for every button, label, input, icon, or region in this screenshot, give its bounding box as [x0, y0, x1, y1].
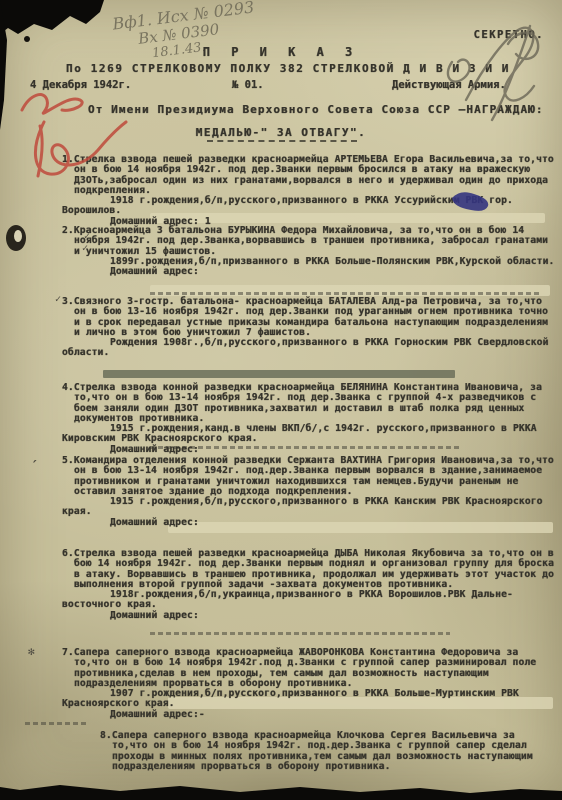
award-citation: 4.Стрелка взвода конной разведки красноа… [62, 383, 556, 424]
award-citation: 5.Командира отделения конной разведки Се… [62, 456, 556, 497]
award-bio: 1918 г.рождения,б/п,русского,призванного… [62, 196, 556, 217]
order-date: 4 Декабря 1942г. [30, 79, 131, 91]
margin-tick-mark: ´ [30, 460, 38, 475]
order-number: № 01. [232, 79, 264, 91]
award-item-5: 5.Командира отделения конной разведки Се… [62, 456, 556, 528]
address-label: Домашний адрес: [110, 445, 556, 455]
award-citation: 8.Сапера саперного взвода красноармейца … [100, 731, 552, 772]
margin-checkmark-icon: ✓ [82, 243, 88, 254]
order-title: П Р И К А З [0, 45, 562, 59]
address-dash-rule-6 [150, 632, 450, 635]
address-label: Домашний адрес:- [110, 710, 556, 720]
award-citation: 6.Стрелка взвода пешей разведки красноар… [62, 549, 556, 590]
separator-dash-rule [25, 722, 87, 725]
award-item-8: 8.Сапера саперного взвода красноармейца … [100, 731, 552, 772]
award-bio: 1907 г.рождения,б/п,русского,призванного… [62, 689, 556, 710]
address-label: Домашний адрес: [110, 267, 556, 277]
scanned-order-page: Вф1. Исх № 0293 Вх № 0390 18.1.43. СЕКРЕ… [0, 0, 562, 800]
award-citation: 7.Сапера саперного взвода красноармейца … [62, 648, 556, 689]
award-bio: 1915 г.рождения,б/п,русского,призванного… [62, 497, 556, 518]
margin-star-mark: ✻ [28, 645, 35, 658]
award-citation: 3.Связного 3-гостр. батальона- красноарм… [62, 297, 556, 338]
award-item-4: 4.Стрелка взвода конной разведки красноа… [62, 383, 556, 455]
award-bio: 1918г.рождения,б/п,украинца,призванного … [62, 590, 556, 611]
award-heading: МЕДАЛЬЮ-" ЗА ОТВАГУ". [0, 126, 562, 139]
award-item-6: 6.Стрелка взвода пешей разведки красноар… [62, 549, 556, 621]
award-heading-underline [207, 140, 357, 142]
award-item-1: 1.Стрелка взвода пешей разведки красноар… [62, 155, 556, 227]
classification-stamp: СЕКРЕТНО. [474, 29, 544, 41]
order-unit-line: По 1269 СТРЕЛКОВОМУ ПОЛКУ 382 СТРЕЛКОВОЙ… [28, 62, 548, 75]
address-label: Домашний адрес: [110, 611, 556, 621]
preamble-line: От Имени Президиума Верховного Совета Со… [88, 103, 544, 116]
redaction-bar [103, 370, 455, 378]
award-item-7: 7.Сапера саперного взвода красноармейца … [62, 648, 556, 720]
address-label: Домашний адрес: [110, 518, 556, 528]
award-citation: 1.Стрелка взвода пешей разведки красноар… [62, 155, 556, 196]
award-citation: 2.Красноармейца 3 батальона БУРЫКИНА Фед… [62, 226, 556, 257]
margin-checkmark-icon: ✓ [84, 231, 90, 242]
award-item-3: 3.Связного 3-гостр. батальона- красноарм… [62, 297, 556, 359]
army-label: Действующая Армия. [392, 79, 506, 91]
margin-checkmark-icon: ✓ [55, 294, 61, 305]
award-item-2: 2.Красноармейца 3 батальона БУРЫКИНА Фед… [62, 226, 556, 277]
award-bio: Рождения 1908г.,б/п,русского,призванного… [62, 338, 556, 359]
award-bio: 1915 г.рождения,канд.в члены ВКП/б/,с 19… [62, 424, 556, 445]
address-dash-rule-2 [150, 292, 540, 295]
